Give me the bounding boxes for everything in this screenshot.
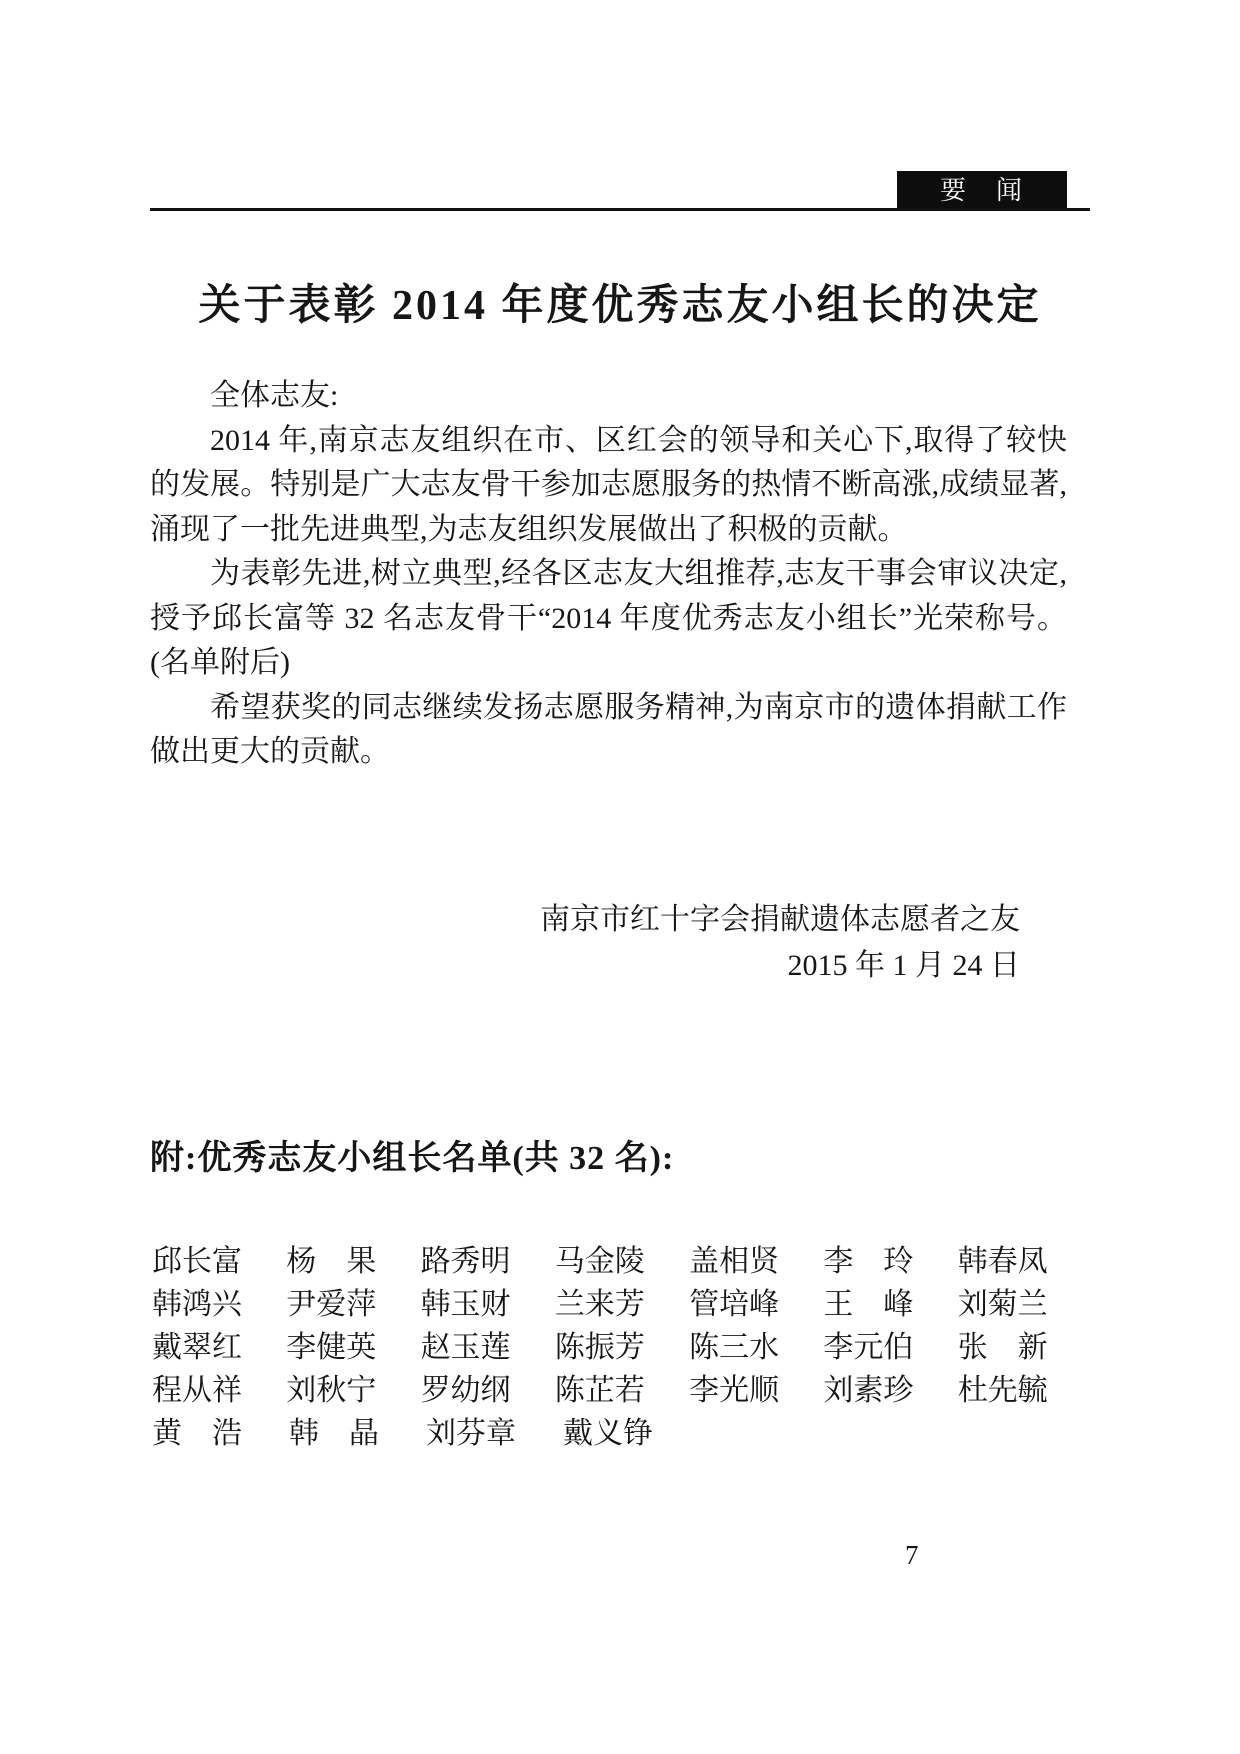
awardee-name: 邱长富 — [152, 1240, 252, 1283]
awardee-name: 兰来芳 — [555, 1283, 655, 1326]
awardee-name: 杨 果 — [286, 1240, 386, 1283]
header-divider — [150, 208, 1090, 211]
document-page: 要 闻 关于表彰 2014 年度优秀志友小组长的决定 全体志友: 2014 年,… — [0, 0, 1240, 1754]
section-badge: 要 闻 — [897, 171, 1067, 211]
awardee-name: 韩 晶 — [289, 1412, 392, 1455]
document-title: 关于表彰 2014 年度优秀志友小组长的决定 — [150, 272, 1090, 332]
name-row: 邱长富杨 果路秀明马金陵盖相贤李 玲韩春凤 — [152, 1240, 1092, 1283]
awardee-name: 刘芬章 — [426, 1412, 529, 1455]
awardee-name: 陈振芳 — [555, 1326, 655, 1369]
awardee-name: 李光顺 — [689, 1369, 789, 1412]
appendix-heading: 附:优秀志友小组长名单(共 32 名): — [150, 1130, 674, 1179]
document-body: 全体志友: 2014 年,南京志友组织在市、区红会的领导和关心下,取得了较快的发… — [150, 374, 1067, 775]
name-row: 程从祥刘秋宁罗幼纲陈芷若李光顺刘素珍杜先毓 — [152, 1369, 1092, 1412]
awardee-name: 黄 浩 — [152, 1412, 255, 1455]
awardee-name: 刘秋宁 — [286, 1369, 386, 1412]
body-paragraph: 2014 年,南京志友组织在市、区红会的领导和关心下,取得了较快的发展。特别是广… — [150, 419, 1067, 553]
awardee-name: 韩玉财 — [421, 1283, 521, 1326]
awardee-name: 杜先毓 — [958, 1369, 1058, 1412]
awardee-name: 刘素珍 — [823, 1369, 923, 1412]
name-row: 韩鸿兴尹爱萍韩玉财兰来芳管培峰王 峰刘菊兰 — [152, 1283, 1092, 1326]
awardee-name: 马金陵 — [555, 1240, 655, 1283]
awardee-name: 王 峰 — [823, 1283, 923, 1326]
awardee-name: 戴翠红 — [152, 1326, 252, 1369]
awardee-name: 罗幼纲 — [421, 1369, 521, 1412]
awardee-name: 尹爱萍 — [286, 1283, 386, 1326]
awardee-name: 刘菊兰 — [958, 1283, 1058, 1326]
name-row: 戴翠红李健英赵玉莲陈振芳陈三水李元伯张 新 — [152, 1326, 1092, 1369]
awardee-name: 韩春凤 — [958, 1240, 1058, 1283]
name-grid: 邱长富杨 果路秀明马金陵盖相贤李 玲韩春凤韩鸿兴尹爱萍韩玉财兰来芳管培峰王 峰刘… — [152, 1240, 1092, 1455]
awardee-name: 陈三水 — [689, 1326, 789, 1369]
awardee-name: 程从祥 — [152, 1369, 252, 1412]
awardee-name: 韩鸿兴 — [152, 1283, 252, 1326]
awardee-name: 路秀明 — [421, 1240, 521, 1283]
salutation: 全体志友: — [150, 374, 1067, 419]
signature-date: 2015 年 1 月 24 日 — [150, 943, 1020, 989]
awardee-name: 戴义铮 — [563, 1412, 666, 1455]
page-number: 7 — [905, 1540, 919, 1571]
awardee-name: 陈芷若 — [555, 1369, 655, 1412]
name-row: 黄 浩韩 晶刘芬章戴义铮 — [152, 1412, 1092, 1455]
awardee-name: 李健英 — [286, 1326, 386, 1369]
awardee-name: 李 玲 — [823, 1240, 923, 1283]
body-paragraph: 希望获奖的同志继续发扬志愿服务精神,为南京市的遗体捐献工作做出更大的贡献。 — [150, 686, 1067, 775]
body-paragraph: 为表彰先进,树立典型,经各区志友大组推荐,志友干事会审议决定,授予邱长富等 32… — [150, 552, 1067, 686]
awardee-name: 李元伯 — [823, 1326, 923, 1369]
awardee-name: 管培峰 — [689, 1283, 789, 1326]
awardee-name: 张 新 — [958, 1326, 1058, 1369]
awardee-name: 盖相贤 — [689, 1240, 789, 1283]
awardee-name: 赵玉莲 — [421, 1326, 521, 1369]
signature-block: 南京市红十字会捐献遗体志愿者之友 2015 年 1 月 24 日 — [150, 897, 1020, 989]
signature-organization: 南京市红十字会捐献遗体志愿者之友 — [150, 897, 1020, 943]
